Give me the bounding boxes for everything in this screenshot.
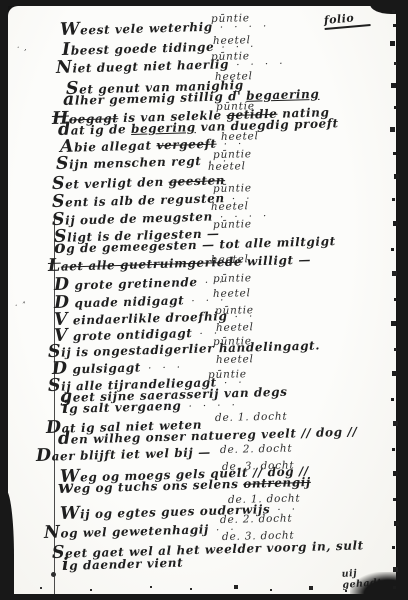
manuscript-line-segment: ig daender vient <box>62 556 184 573</box>
manuscript-line: Sijn menschen regt · · <box>56 151 231 173</box>
verdict-annotation: pūntie <box>215 305 254 316</box>
docht-annotation: de. 3. docht <box>222 530 295 542</box>
manuscript-line: ig salt vergaeng · · · · <box>62 395 239 417</box>
verdict-annotation: pūntie <box>213 149 252 160</box>
scan-border-right <box>397 0 408 600</box>
bottom-edge-specks <box>150 586 152 588</box>
margin-rule-dot <box>51 572 56 577</box>
manuscript-line-segment: Sijn menschen regt <box>56 154 202 172</box>
manuscript-line-segment: begaering <box>246 87 320 103</box>
manuscript-line-segment: Daer blijft iet wel bij — <box>36 445 211 464</box>
scan-ink-blotch <box>350 572 402 598</box>
docht-annotation: de. 1. docht <box>228 493 301 505</box>
manuscript-line-segment: · · · <box>141 362 184 374</box>
verdict-annotation: pūntie <box>213 183 252 194</box>
manuscript-line: ig daender vient <box>62 554 184 575</box>
verdict-annotation: heetel <box>211 254 249 265</box>
torn-paper-edge <box>392 10 395 13</box>
docht-annotation: de. 2. docht <box>220 443 293 455</box>
verdict-annotation: pūntie <box>213 219 252 230</box>
manuscript-line-segment: begering <box>131 120 196 136</box>
verdict-annotation: heetel <box>213 35 251 46</box>
manuscript-line-segment: weg og tuchs ons selens <box>58 477 244 496</box>
ink-speck: · ˄ <box>15 302 27 310</box>
manuscript-line-segment: dat ig de <box>58 122 131 138</box>
manuscript-line-segment: D grote gretinende <box>54 275 198 293</box>
manuscript-line-segment: D gulsigagt <box>52 361 141 377</box>
manuscript-line-segment: vergeeft <box>156 137 216 153</box>
manuscript-line-segment: Set verligt den <box>52 175 169 192</box>
manuscript-line-segment: willigt — <box>242 253 311 269</box>
ink-speck: · , <box>17 44 28 52</box>
verdict-annotation: heetel <box>221 131 259 142</box>
verdict-annotation: pūntie <box>211 13 250 24</box>
verdict-annotation: heetel <box>216 322 254 333</box>
scan-border-bottom <box>0 594 408 600</box>
docht-annotation: de. 2. docht <box>220 513 293 525</box>
manuscript-line-segment: Nog wel gewetenhagij <box>44 522 209 541</box>
verdict-annotation: pūntie <box>213 336 252 347</box>
verdict-annotation: heetel <box>215 71 253 82</box>
verdict-annotation: pūntie <box>208 369 247 380</box>
manuscript-line-segment: Weest vele weterhig <box>60 20 213 38</box>
manuscript-line-segment: ontrengij <box>243 475 311 491</box>
manuscript-line-segment: van duegdig proeft <box>196 116 339 134</box>
manuscript-line-segment: Abie allegat <box>60 138 157 155</box>
folio-label: folio <box>323 10 370 30</box>
docht-annotation: de. 1. docht <box>215 411 288 423</box>
verdict-annotation: heetel <box>208 161 246 172</box>
verdict-annotation: pūntie <box>213 273 252 284</box>
verdict-annotation: heetel <box>213 288 251 299</box>
docht-annotation: de. 3. docht <box>222 460 295 472</box>
scan-border-top <box>0 0 408 6</box>
manuscript-page: Weest vele weterhig · · · ·Ibeest goede … <box>8 6 396 595</box>
manuscript-line-segment: Niet duegt niet haerlig <box>56 57 229 76</box>
manuscript-line: Daer blijft iet wel bij — <box>36 443 211 465</box>
manuscript-line-segment: ig salt vergaeng <box>62 399 182 416</box>
verdict-annotation: heetel <box>216 354 254 365</box>
verdict-annotation: heetel <box>211 201 249 212</box>
verdict-annotation: pūntie <box>211 51 250 62</box>
verdict-annotation: pūntie <box>216 101 255 112</box>
